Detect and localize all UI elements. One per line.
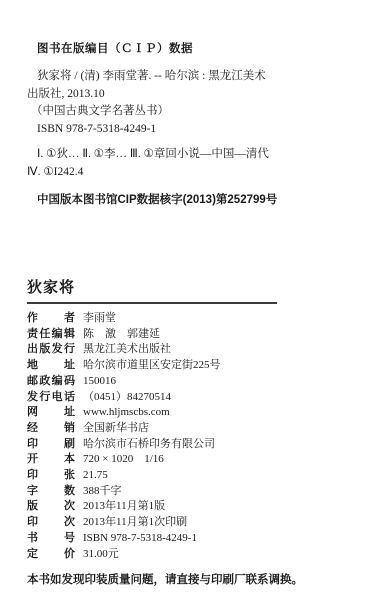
row-value: 2013年11月第1版 bbox=[83, 499, 357, 515]
colophon-row-sheets: 印张 21.75 bbox=[27, 468, 357, 484]
title-divider-line bbox=[27, 302, 277, 304]
row-value: 陈 激 郭建延 bbox=[83, 327, 357, 343]
colophon-row-isbn: 书号 ISBN 978-7-5318-4249-1 bbox=[27, 531, 357, 547]
colophon-row-printer: 印刷 哈尔滨市石桥印务有限公司 bbox=[27, 437, 357, 453]
row-value: 720 × 1020 1/16 bbox=[83, 452, 357, 468]
book-cip-page: 图书在版编目（ＣＩＰ）数据 狄家将 / (清) 李雨堂著. -- 哈尔滨 : 黑… bbox=[0, 0, 375, 605]
row-label: 开本 bbox=[27, 452, 75, 468]
cip-series-line: （中国古典文学名著丛书） bbox=[27, 103, 355, 121]
row-label: 印张 bbox=[27, 468, 75, 484]
colophon-row-author: 作者 李雨堂 bbox=[27, 311, 357, 327]
colophon-row-price: 定价 31.00元 bbox=[27, 547, 357, 563]
row-label: 印刷 bbox=[27, 437, 75, 453]
row-value: www.hljmscbs.com bbox=[83, 405, 357, 421]
cip-description-line: 出版社, 2013.10 bbox=[27, 86, 355, 104]
row-label: 字数 bbox=[27, 484, 75, 500]
cip-isbn-line: ISBN 978-7-5318-4249-1 bbox=[27, 121, 355, 139]
colophon-row-wordcount: 字数 388千字 bbox=[27, 484, 357, 500]
row-label: 邮政编码 bbox=[27, 374, 75, 390]
colophon-row-editor: 责任编辑 陈 激 郭建延 bbox=[27, 327, 357, 343]
cip-classification: Ⅰ. ①狄… Ⅱ. ①李… Ⅲ. ①章回小说—中国—清代 Ⅳ. ①I242.4 bbox=[27, 145, 355, 181]
cip-classification-line: Ⅰ. ①狄… Ⅱ. ①李… Ⅲ. ①章回小说—中国—清代 bbox=[27, 145, 355, 163]
cip-description: 狄家将 / (清) 李雨堂著. -- 哈尔滨 : 黑龙江美术 出版社, 2013… bbox=[27, 68, 355, 138]
colophon-row-website: 网址 www.hljmscbs.com bbox=[27, 405, 357, 421]
row-value: 李雨堂 bbox=[83, 311, 357, 327]
row-value: ISBN 978-7-5318-4249-1 bbox=[83, 531, 357, 547]
row-value: 388千字 bbox=[83, 484, 357, 500]
row-label: 书号 bbox=[27, 531, 75, 547]
row-value: （0451）84270514 bbox=[83, 390, 357, 406]
row-label: 作者 bbox=[27, 311, 75, 327]
cip-data-heading: 图书在版编目（ＣＩＰ）数据 bbox=[37, 40, 193, 56]
row-value: 哈尔滨市石桥印务有限公司 bbox=[83, 437, 357, 453]
cip-record-number: 中国版本图书馆CIP数据核字(2013)第252799号 bbox=[37, 191, 277, 207]
colophon-row-distributor: 经销 全国新华书店 bbox=[27, 421, 357, 437]
print-quality-notice: 本书如发现印装质量问题，请直接与印刷厂联系调换。 bbox=[27, 571, 303, 587]
row-value: 2013年11月第1次印刷 bbox=[83, 515, 357, 531]
cip-description-line: 狄家将 / (清) 李雨堂著. -- 哈尔滨 : 黑龙江美术 bbox=[27, 68, 355, 86]
row-value: 31.00元 bbox=[83, 547, 357, 563]
cip-classification-line: Ⅳ. ①I242.4 bbox=[27, 163, 355, 181]
row-label: 定价 bbox=[27, 547, 75, 563]
colophon-row-publisher: 出版发行 黑龙江美术出版社 bbox=[27, 342, 357, 358]
colophon-table: 作者 李雨堂 责任编辑 陈 激 郭建延 出版发行 黑龙江美术出版社 地址 哈尔滨… bbox=[27, 311, 357, 562]
row-value: 全国新华书店 bbox=[83, 421, 357, 437]
row-label: 版次 bbox=[27, 499, 75, 515]
colophon-row-address: 地址 哈尔滨市道里区安定街225号 bbox=[27, 358, 357, 374]
row-label: 地址 bbox=[27, 358, 75, 374]
row-label: 发行电话 bbox=[27, 390, 75, 406]
colophon-row-phone: 发行电话 （0451）84270514 bbox=[27, 390, 357, 406]
row-value: 哈尔滨市道里区安定街225号 bbox=[83, 358, 357, 374]
row-label: 经销 bbox=[27, 421, 75, 437]
row-label: 印次 bbox=[27, 515, 75, 531]
row-value: 150016 bbox=[83, 374, 357, 390]
row-label: 出版发行 bbox=[27, 342, 75, 358]
row-value: 21.75 bbox=[83, 468, 357, 484]
colophon-row-edition: 版次 2013年11月第1版 bbox=[27, 499, 357, 515]
colophon-row-format: 开本 720 × 1020 1/16 bbox=[27, 452, 357, 468]
row-label: 网址 bbox=[27, 405, 75, 421]
colophon-row-printing: 印次 2013年11月第1次印刷 bbox=[27, 515, 357, 531]
row-label: 责任编辑 bbox=[27, 327, 75, 343]
row-value: 黑龙江美术出版社 bbox=[83, 342, 357, 358]
book-title: 狄家将 bbox=[27, 276, 75, 297]
colophon-row-postcode: 邮政编码 150016 bbox=[27, 374, 357, 390]
